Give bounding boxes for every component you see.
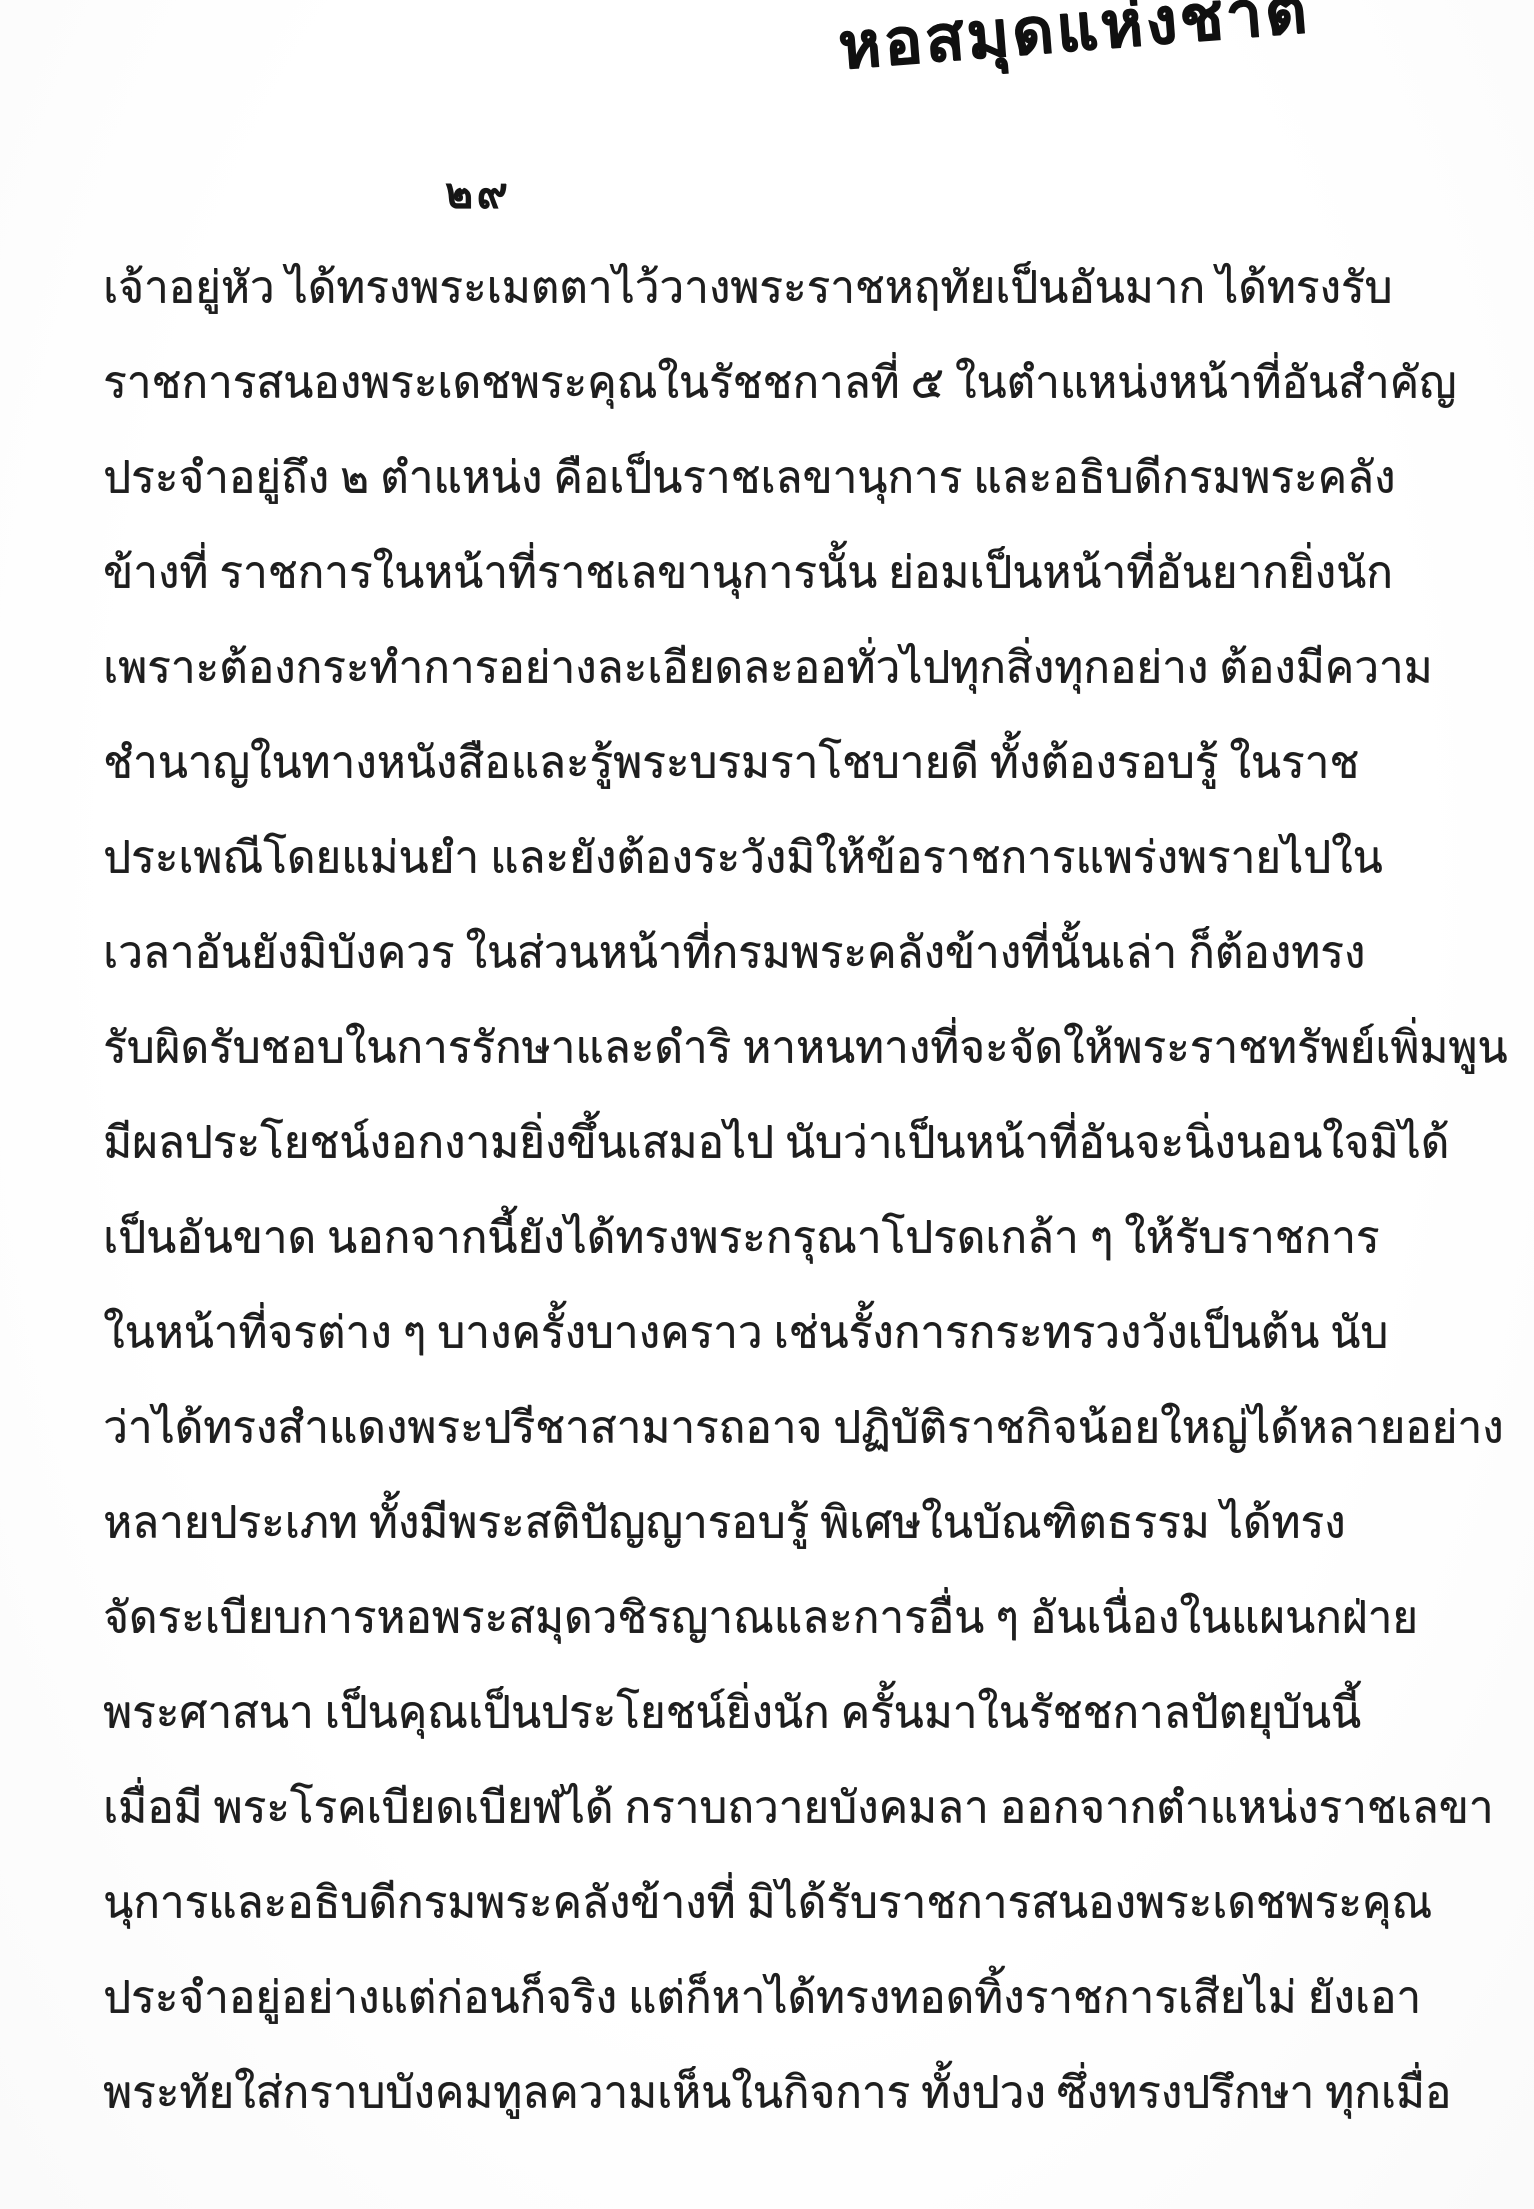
text-line: เป็นอันขาด นอกจากนี้ยังได้ทรงพระกรุณาโปร… [103,1190,1437,1285]
text-line: ประเพณีโดยแม่นยำ และยังต้องระวังมิให้ข้อ… [103,810,1437,905]
text-line: เพราะต้องกระทำการอย่างละเอียดละออทั่วไปท… [103,620,1437,715]
text-line: หลายประเภท ทั้งมีพระสติปัญญารอบรู้ พิเศษ… [103,1475,1437,1570]
text-line: เวลาอันยังมิบังควร ในส่วนหน้าที่กรมพระคล… [103,905,1437,1000]
body-text-block: เจ้าอยู่หัว ได้ทรงพระเมตตาไว้วางพระราชหฤ… [103,240,1437,2140]
scanned-book-page: หอสมุดแห่งชาติ ๒๙ เจ้าอยู่หัว ได้ทรงพระเ… [0,0,1534,2209]
page-number: ๒๙ [445,160,511,226]
text-line: ชำนาญในทางหนังสือและรู้พระบรมราโชบายดี ท… [103,715,1437,810]
text-line: ในหน้าที่จรต่าง ๆ บางครั้งบางคราว เช่นรั… [103,1285,1437,1380]
text-line: พระทัยใส่กราบบังคมทูลความเห็นในกิจการ ทั… [103,2045,1437,2140]
text-line: เมื่อมี พระโรคเบียดเบียฬได้ กราบถวายบังค… [103,1760,1437,1855]
text-line: ประจำอยู่อย่างแต่ก่อนก็จริง แต่ก็หาได้ทร… [103,1950,1437,2045]
text-line: พระศาสนา เป็นคุณเป็นประโยชน์ยิ่งนัก ครั้… [103,1665,1437,1760]
national-library-stamp: หอสมุดแห่งชาติ [701,0,1447,108]
text-line: เจ้าอยู่หัว ได้ทรงพระเมตตาไว้วางพระราชหฤ… [103,240,1437,335]
text-line: ว่าได้ทรงสำแดงพระปรีชาสามารถอาจ ปฏิบัติร… [103,1380,1437,1475]
text-line: มีผลประโยชน์งอกงามยิ่งขึ้นเสมอไป นับว่าเ… [103,1095,1437,1190]
text-line: ประจำอยู่ถึง ๒ ตำแหน่ง คือเป็นราชเลขานุก… [103,430,1437,525]
text-line: ราชการสนองพระเดชพระคุณในรัชชกาลที่ ๕ ในต… [103,335,1437,430]
text-line: จัดระเบียบการหอพระสมุดวชิรญาณและการอื่น … [103,1570,1437,1665]
text-line: รับผิดรับชอบในการรักษาและดำริ หาหนทางที่… [103,1000,1437,1095]
text-line: นุการและอธิบดีกรมพระคลังข้างที่ มิได้รับ… [103,1855,1437,1950]
text-line: ข้างที่ ราชการในหน้าที่ราชเลขานุการนั้น … [103,525,1437,620]
